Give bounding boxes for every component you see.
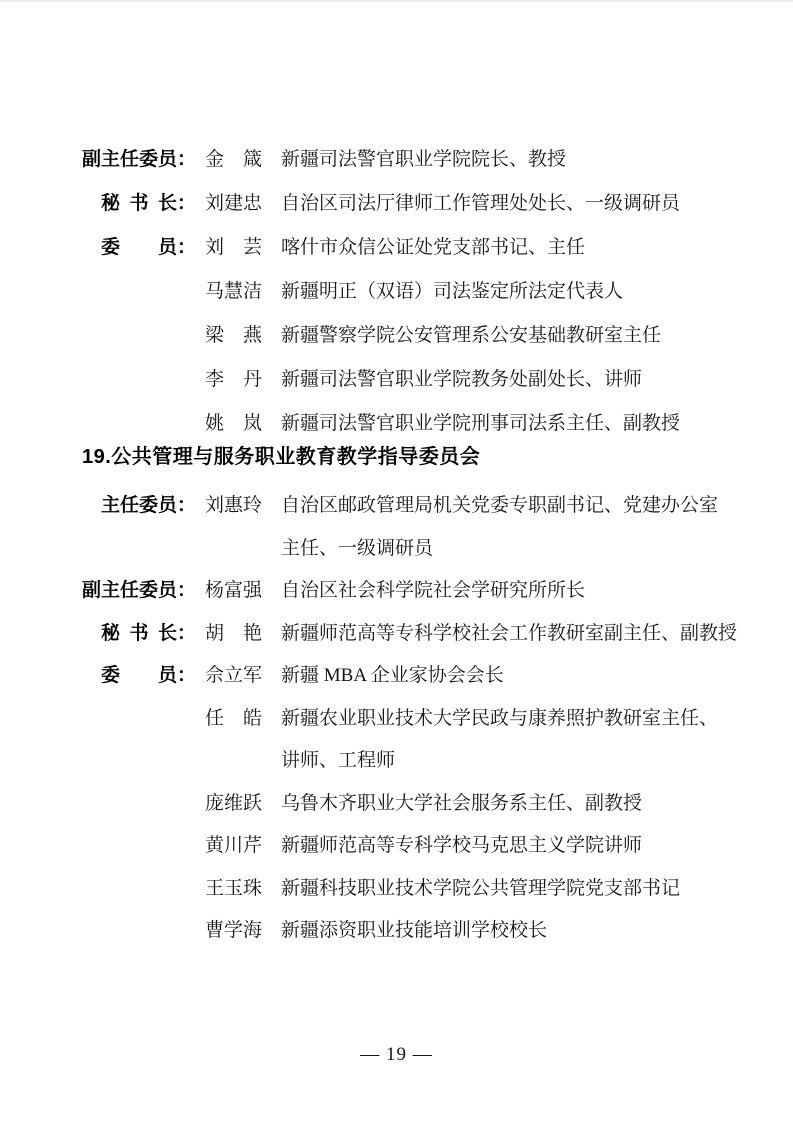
- member-name: 刘 芸: [196, 226, 281, 270]
- member-position: 新疆司法警官职业学院教务处副处长、讲师: [281, 358, 753, 402]
- member-row: 秘 书 长：刘建忠自治区司法厅律师工作管理处处长、一级调研员: [82, 182, 753, 226]
- member-row: 王玉珠新疆科技职业技术学院公共管理学院党支部书记: [82, 868, 753, 911]
- member-position: 新疆农业职业技术大学民政与康养照护教研室主任、讲师、工程师: [281, 698, 753, 783]
- role-label: 副主任委员：: [82, 138, 196, 182]
- member-row: 主任委员：刘惠玲自治区邮政管理局机关党委专职副书记、党建办公室主任、一级调研员: [82, 485, 753, 570]
- position-line: 新疆 MBA 企业家协会会长: [281, 655, 753, 698]
- member-name: 胡 艳: [196, 613, 281, 656]
- committee-section: 19.公共管理与服务职业教育教学指导委员会主任委员：刘惠玲自治区邮政管理局机关党…: [82, 436, 753, 953]
- member-name: 金 箴: [196, 138, 281, 182]
- member-row: 梁 燕新疆警察学院公安管理系公安基础教研室主任: [82, 314, 753, 358]
- position-line: 喀什市众信公证处党支部书记、主任: [281, 226, 753, 270]
- position-line: 自治区社会科学院社会学研究所所长: [281, 570, 753, 613]
- role-label: 秘 书 长：: [82, 613, 196, 656]
- member-position: 新疆司法警官职业学院院长、教授: [281, 138, 753, 182]
- page-number: — 19 —: [0, 1044, 793, 1066]
- member-row: 任 皓新疆农业职业技术大学民政与康养照护教研室主任、讲师、工程师: [82, 698, 753, 783]
- member-row: 李 丹新疆司法警官职业学院教务处副处长、讲师: [82, 358, 753, 402]
- member-name: 庞维跃: [196, 783, 281, 826]
- member-position: 新疆添资职业技能培训学校校长: [281, 910, 753, 953]
- position-line: 乌鲁木齐职业大学社会服务系主任、副教授: [281, 783, 753, 826]
- position-line: 自治区司法厅律师工作管理处处长、一级调研员: [281, 182, 753, 226]
- member-row: 马慧洁新疆明正（双语）司法鉴定所法定代表人: [82, 270, 753, 314]
- position-line: 讲师、工程师: [281, 740, 753, 783]
- role-label: 委 员：: [82, 226, 196, 270]
- position-line: 新疆科技职业技术学院公共管理学院党支部书记: [281, 868, 753, 911]
- member-name: 李 丹: [196, 358, 281, 402]
- role-label: 委 员：: [82, 655, 196, 698]
- member-name: 刘建忠: [196, 182, 281, 226]
- role-label: 主任委员：: [82, 485, 196, 528]
- member-row: 副主任委员：金 箴新疆司法警官职业学院院长、教授: [82, 138, 753, 182]
- member-position: 新疆科技职业技术学院公共管理学院党支部书记: [281, 868, 753, 911]
- member-position: 新疆师范高等专科学校马克思主义学院讲师: [281, 825, 753, 868]
- member-name: 佘立军: [196, 655, 281, 698]
- position-line: 新疆司法警官职业学院教务处副处长、讲师: [281, 358, 753, 402]
- member-position: 新疆 MBA 企业家协会会长: [281, 655, 753, 698]
- position-line: 新疆师范高等专科学校社会工作教研室副主任、副教授: [281, 613, 753, 656]
- member-row: 黄川芹新疆师范高等专科学校马克思主义学院讲师: [82, 825, 753, 868]
- member-name: 黄川芹: [196, 825, 281, 868]
- member-name: 杨富强: [196, 570, 281, 613]
- member-position: 乌鲁木齐职业大学社会服务系主任、副教授: [281, 783, 753, 826]
- member-name: 马慧洁: [196, 270, 281, 314]
- member-position: 喀什市众信公证处党支部书记、主任: [281, 226, 753, 270]
- member-position: 自治区社会科学院社会学研究所所长: [281, 570, 753, 613]
- position-line: 新疆警察学院公安管理系公安基础教研室主任: [281, 314, 753, 358]
- member-position: 自治区邮政管理局机关党委专职副书记、党建办公室主任、一级调研员: [281, 485, 753, 570]
- member-position: 新疆明正（双语）司法鉴定所法定代表人: [281, 270, 753, 314]
- document-page: 副主任委员：金 箴新疆司法警官职业学院院长、教授秘 书 长：刘建忠自治区司法厅律…: [0, 0, 793, 1122]
- sections: 副主任委员：金 箴新疆司法警官职业学院院长、教授秘 书 长：刘建忠自治区司法厅律…: [82, 138, 753, 953]
- member-position: 新疆师范高等专科学校社会工作教研室副主任、副教授: [281, 613, 753, 656]
- position-line: 新疆农业职业技术大学民政与康养照护教研室主任、: [281, 698, 753, 741]
- member-name: 曹学海: [196, 910, 281, 953]
- position-line: 新疆明正（双语）司法鉴定所法定代表人: [281, 270, 753, 314]
- member-name: 刘惠玲: [196, 485, 281, 528]
- committee-section: 副主任委员：金 箴新疆司法警官职业学院院长、教授秘 书 长：刘建忠自治区司法厅律…: [82, 138, 753, 446]
- member-row: 委 员：刘 芸喀什市众信公证处党支部书记、主任: [82, 226, 753, 270]
- role-label: 副主任委员：: [82, 570, 196, 613]
- member-position: 自治区司法厅律师工作管理处处长、一级调研员: [281, 182, 753, 226]
- member-name: 梁 燕: [196, 314, 281, 358]
- role-label: 秘 书 长：: [82, 182, 196, 226]
- member-row: 副主任委员：杨富强自治区社会科学院社会学研究所所长: [82, 570, 753, 613]
- position-line: 新疆师范高等专科学校马克思主义学院讲师: [281, 825, 753, 868]
- member-row: 委 员：佘立军新疆 MBA 企业家协会会长: [82, 655, 753, 698]
- position-line: 新疆司法警官职业学院院长、教授: [281, 138, 753, 182]
- member-row: 庞维跃乌鲁木齐职业大学社会服务系主任、副教授: [82, 783, 753, 826]
- member-name: 王玉珠: [196, 868, 281, 911]
- position-line: 自治区邮政管理局机关党委专职副书记、党建办公室: [281, 485, 753, 528]
- position-line: 主任、一级调研员: [281, 528, 753, 571]
- member-name: 任 皓: [196, 698, 281, 741]
- member-position: 新疆警察学院公安管理系公安基础教研室主任: [281, 314, 753, 358]
- position-line: 新疆添资职业技能培训学校校长: [281, 910, 753, 953]
- member-row: 曹学海新疆添资职业技能培训学校校长: [82, 910, 753, 953]
- member-row: 秘 书 长：胡 艳新疆师范高等专科学校社会工作教研室副主任、副教授: [82, 613, 753, 656]
